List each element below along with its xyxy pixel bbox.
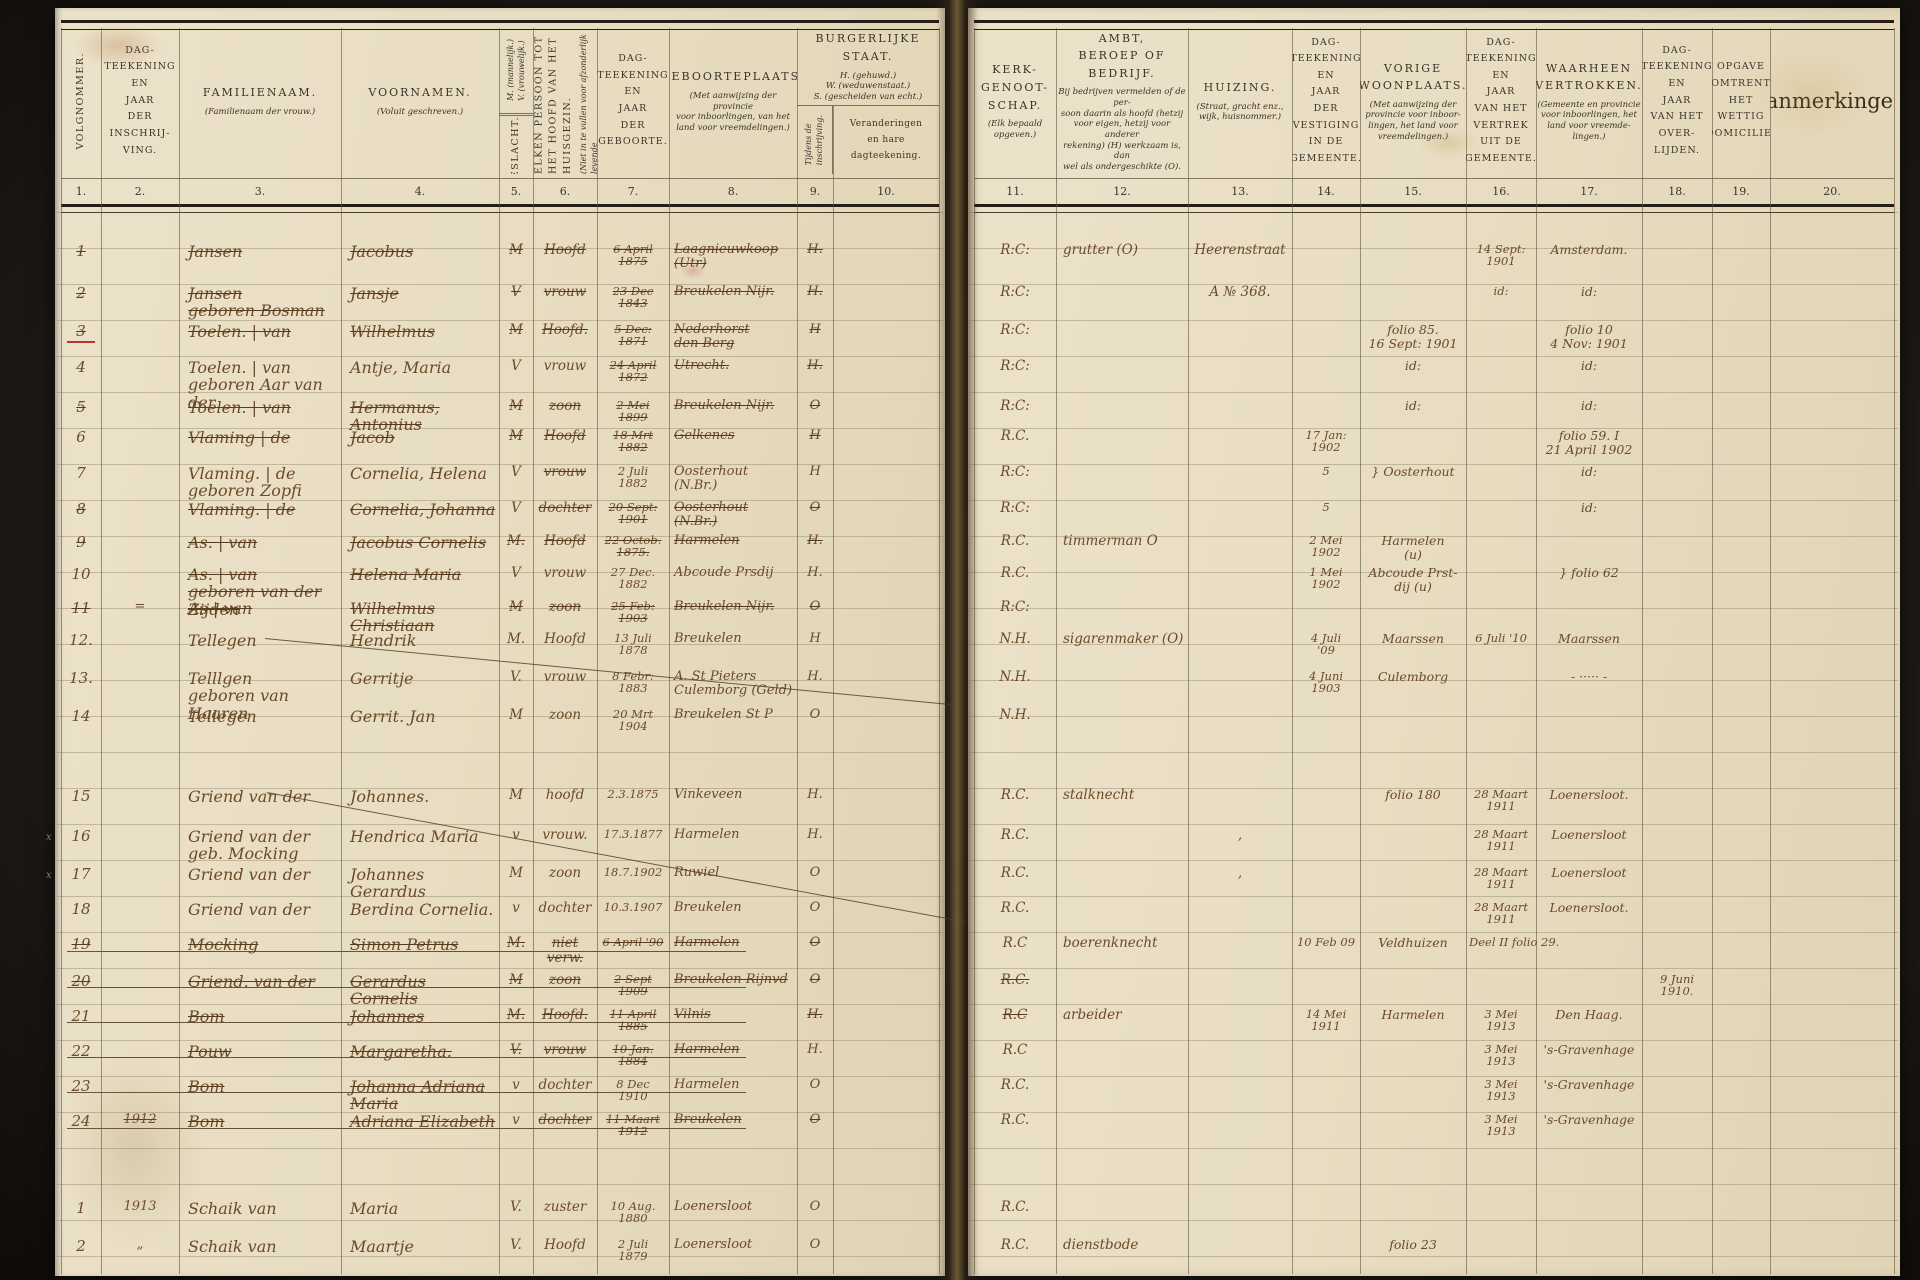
cell-c3: Tellegen <box>179 631 341 669</box>
cell-c16: 28 Maart 1911 <box>1466 900 1536 935</box>
handwritten-entry: H. <box>807 669 822 684</box>
cell-c4: Maria <box>341 1199 499 1237</box>
cell-c2 <box>101 322 179 358</box>
cell-c13 <box>1188 212 1292 242</box>
cell-c6: vrouw <box>533 358 597 398</box>
handwritten-entry: 10 Aug. 1880 <box>610 1199 655 1225</box>
cell-c7 <box>597 747 669 787</box>
cell-c16: 28 Maart 1911 <box>1466 787 1536 827</box>
cell-c16: 28 Maart 1911 <box>1466 827 1536 865</box>
cell-c11 <box>974 747 1056 787</box>
cell-c13 <box>1188 1199 1292 1237</box>
cell-c16 <box>1466 428 1536 464</box>
cell-c20 <box>1770 500 1894 533</box>
handwritten-entry: 5 Dec: 1871 <box>614 322 651 348</box>
cell-c19 <box>1712 398 1770 428</box>
cell-c17: Den Haag. <box>1536 1007 1642 1042</box>
cell-c2 <box>101 358 179 398</box>
handwritten-entry: id: <box>1405 358 1421 373</box>
handwritten-entry: vrouw <box>544 358 586 374</box>
header-cell: VORIGE WOONPLAATS.(Met aanwijzing der pr… <box>1360 28 1466 174</box>
header-title: HUIZING. <box>1204 79 1277 97</box>
cell-c8: Laagnieuwkoop (Utr) <box>669 242 797 284</box>
cell-c16: Deel II folio 29. <box>1466 935 1536 972</box>
header-title: Opgave omtrent het wettig domicilie. <box>1712 59 1770 142</box>
handwritten-entry: Maartje <box>350 1237 414 1256</box>
header-title: Dag- teekening en Jaar der vestiging in … <box>1292 35 1360 168</box>
cell-c17: 's-Gravenhage <box>1536 1042 1642 1077</box>
handwritten-entry: V <box>511 464 521 480</box>
cell-c17: id: <box>1536 398 1642 428</box>
handwritten-entry: 2 Mei 1899 <box>616 398 649 424</box>
cell-c5: M <box>499 398 533 428</box>
cell-c12 <box>1056 1042 1188 1077</box>
cell-c4: Johannes. <box>341 787 499 827</box>
cell-c4: Adriana Elizabeth <box>341 1112 499 1149</box>
register-row: R:C:5id: <box>974 500 1894 533</box>
cell-c13 <box>1188 1007 1292 1042</box>
cell-c11: R.C. <box>974 1077 1056 1112</box>
register-row: R:C:id:id: <box>974 358 1894 398</box>
handwritten-entry: zoon <box>549 865 581 881</box>
right-page: KERK- GENOOT- SCHAP.(Elk bepaald opgeven… <box>968 8 1900 1276</box>
handwritten-entry: Deel II folio 29. <box>1469 935 1559 949</box>
cell-c16 <box>1466 972 1536 1007</box>
cell-c5: M <box>499 865 533 900</box>
column-number: 14. <box>1292 179 1360 205</box>
handwritten-entry: Wilhelmus <box>350 322 435 341</box>
cell-c14 <box>1292 599 1360 631</box>
cell-c19 <box>1712 707 1770 747</box>
handwritten-entry: Abcoude Prsdij <box>674 565 773 580</box>
column-divider <box>341 28 342 1274</box>
register-spread: Volgnommer.Dag- teekening en Jaar der In… <box>0 0 1920 1280</box>
handwritten-entry: 4 <box>76 358 86 376</box>
handwritten-entry: 1 Mei 1902 <box>1309 565 1342 591</box>
cell-c10 <box>833 284 939 322</box>
header-title: Dag- teekening en Jaar van het vertrek u… <box>1466 35 1536 168</box>
handwritten-entry: R.C <box>1003 1007 1028 1023</box>
cell-c9: O <box>797 972 833 1007</box>
handwritten-entry: 8 <box>76 500 86 518</box>
cell-c8: Ruwiel <box>669 865 797 900</box>
handwritten-entry: Helena Maria <box>350 565 461 584</box>
cell-c2 <box>101 500 179 533</box>
cell-c5: V <box>499 565 533 599</box>
cell-c7: 2 Juli 1879 <box>597 1237 669 1273</box>
cell-c9: O <box>797 935 833 972</box>
handwritten-entry: V <box>511 565 521 581</box>
cell-c16: 3 Mei 1913 <box>1466 1112 1536 1149</box>
cell-c2 <box>101 827 179 865</box>
handwritten-entry: 4 Juli '09 <box>1311 631 1341 657</box>
cell-c9: H. <box>797 827 833 865</box>
register-row: R.C.,28 Maart 1911Loenersloot <box>974 827 1894 865</box>
cell-c11: R.C. <box>974 972 1056 1007</box>
cell-c3: Schaik van <box>179 1237 341 1273</box>
handwritten-entry: v <box>512 1112 520 1128</box>
cell-c14 <box>1292 1199 1360 1237</box>
handwritten-entry: Simon Petrus <box>350 935 458 954</box>
cell-c14: 5 <box>1292 464 1360 500</box>
cell-c20 <box>1770 428 1894 464</box>
handwritten-entry: Griend van der <box>188 787 310 806</box>
handwritten-entry: 11 Maart 1912 <box>606 1112 660 1138</box>
cell-c10 <box>833 935 939 972</box>
column-number: 8. <box>669 179 797 205</box>
cell-c3: Vlaming. | de geboren Zopfi <box>179 464 341 500</box>
handwritten-entry: H <box>809 428 820 443</box>
cell-c11: R:C: <box>974 242 1056 284</box>
header-subtitle: (Familienaam der vrouw.) <box>205 107 315 118</box>
cell-c1: 23 <box>61 1077 101 1112</box>
handwritten-entry: Gerrit. Jan <box>350 707 436 726</box>
handwritten-entry: As | van <box>188 599 252 618</box>
cell-c9: O <box>797 1199 833 1237</box>
header-cell: AMBT, BEROEP OF BEDRIJF.Bij bedrijven ve… <box>1056 28 1188 174</box>
cell-c15 <box>1360 707 1466 747</box>
cell-c16 <box>1466 599 1536 631</box>
handwritten-entry: O <box>810 1237 821 1252</box>
cell-c12: boerenknecht <box>1056 935 1188 972</box>
handwritten-entry: 3 Mei 1913 <box>1484 1112 1517 1138</box>
handwritten-entry: V. <box>510 1199 522 1215</box>
handwritten-entry: sigarenmaker (O) <box>1063 631 1183 647</box>
cell-c12 <box>1056 865 1188 900</box>
cell-c13: , <box>1188 827 1292 865</box>
cell-c18 <box>1642 1199 1712 1237</box>
cell-c4: Jansje <box>341 284 499 322</box>
cell-c5: v <box>499 1077 533 1112</box>
header-cell: WAARHEEN VERTROKKEN.(Gemeente en provinc… <box>1536 28 1642 174</box>
cell-c15 <box>1360 827 1466 865</box>
cell-c16: 3 Mei 1913 <box>1466 1007 1536 1042</box>
cell-c8: Vilnis <box>669 1007 797 1042</box>
handwritten-entry: Vinkeveen <box>674 787 742 802</box>
cell-c10 <box>833 565 939 599</box>
handwritten-entry: R:C: <box>1000 284 1030 300</box>
register-row: 15Griend van derJohannes.Mhoofd2.3.1875V… <box>61 787 939 827</box>
cell-c13: A № 368. <box>1188 284 1292 322</box>
register-row: 23BomJohanna Adriana Mariavdochter8 Dec … <box>61 1077 939 1112</box>
handwritten-entry: 13. <box>69 669 93 687</box>
handwritten-entry: Utrecht. <box>674 358 729 373</box>
cell-c9: O <box>797 1112 833 1149</box>
cell-c13 <box>1188 1077 1292 1112</box>
column-divider <box>101 28 102 1274</box>
cell-c1: 21 <box>61 1007 101 1042</box>
cell-c1: 5 <box>61 398 101 428</box>
cell-c6: dochter <box>533 900 597 935</box>
handwritten-entry: Harmelen <box>674 533 740 548</box>
handwritten-entry: Johannes Gerardus <box>350 865 426 901</box>
subcolumn: Veranderingen en hare dagteekening. <box>833 106 939 174</box>
cell-c15 <box>1360 599 1466 631</box>
cell-c18 <box>1642 1007 1712 1042</box>
header-cell: M. (mannelijk.) V. (vrouwelijk.)Geslacht… <box>499 28 533 174</box>
cell-c8: Loenersloot <box>669 1199 797 1237</box>
handwritten-entry: 8 Febr: 1883 <box>612 669 654 695</box>
cell-c20 <box>1770 1077 1894 1112</box>
cell-c2 <box>101 242 179 284</box>
handwritten-entry: vrouw <box>544 284 586 300</box>
cell-c11: R:C: <box>974 322 1056 358</box>
handwritten-entry: Loenersloot <box>1551 827 1626 842</box>
handwritten-entry: dochter <box>539 1077 592 1093</box>
handwritten-entry: 5 <box>76 398 86 416</box>
column-divider <box>797 28 798 1274</box>
handwritten-entry: Amsterdam. <box>1551 242 1628 257</box>
header-title: KERK- GENOOT- SCHAP. <box>981 61 1049 114</box>
sex-codes-text: M. (mannelijk.) V. (vrouwelijk.) <box>505 39 527 101</box>
cell-c1: 20 <box>61 972 101 1007</box>
handwritten-entry: Loenersloot <box>674 1199 752 1214</box>
cell-c20 <box>1770 398 1894 428</box>
handwritten-entry: Mocking <box>188 935 258 954</box>
cell-c17 <box>1536 212 1642 242</box>
cell-c18 <box>1642 242 1712 284</box>
cell-c11: R:C: <box>974 500 1056 533</box>
margin-mark: x <box>46 832 52 843</box>
cell-c17: - ····· - <box>1536 669 1642 707</box>
cell-c4: Maartje <box>341 1237 499 1273</box>
column-number: 16. <box>1466 179 1536 205</box>
cell-c8: Breukelen Nijr. <box>669 398 797 428</box>
cell-c17: Loenersloot <box>1536 865 1642 900</box>
handwritten-entry: 6 April 1875 <box>613 242 653 268</box>
cell-c5: V <box>499 464 533 500</box>
cell-c12 <box>1056 669 1188 707</box>
cell-c9: H. <box>797 669 833 707</box>
cell-c19 <box>1712 1199 1770 1237</box>
handwritten-entry: V. <box>510 669 522 685</box>
cell-c4: Hendrik <box>341 631 499 669</box>
register-row: 22PouwMargaretha.V.vrouw10 Jan. 1884Harm… <box>61 1042 939 1077</box>
handwritten-entry: R:C: <box>1000 322 1030 338</box>
cell-c5: M. <box>499 935 533 972</box>
handwritten-entry: A № 368. <box>1209 284 1270 300</box>
cell-c20 <box>1770 533 1894 565</box>
cell-c15 <box>1360 865 1466 900</box>
vertical-header: Volgnommer. <box>74 28 88 174</box>
cell-c5: M <box>499 707 533 747</box>
cell-c18 <box>1642 1237 1712 1273</box>
cell-c15: } Oosterhout <box>1360 464 1466 500</box>
register-row: x16Griend van der geb. MockingHendrica M… <box>61 827 939 865</box>
cell-c16 <box>1466 533 1536 565</box>
handwritten-entry: 1913 <box>123 1199 156 1214</box>
cell-c8: Harmelen <box>669 1077 797 1112</box>
cell-c3: Toelen. | van <box>179 322 341 358</box>
handwritten-entry: O <box>810 972 821 987</box>
cell-c18 <box>1642 533 1712 565</box>
cell-c20 <box>1770 464 1894 500</box>
cell-c20 <box>1770 1007 1894 1042</box>
column-divider <box>1712 28 1713 1274</box>
cell-c9: H <box>797 428 833 464</box>
cell-c8: Breukelen St P <box>669 707 797 747</box>
handwritten-entry: Nederhorst den Berg <box>674 322 750 351</box>
cell-c16: 28 Maart 1911 <box>1466 865 1536 900</box>
handwritten-entry: Cornelia, Helena <box>350 464 487 483</box>
subcolumn: Tijdens de inschrijving. <box>797 106 833 174</box>
handwritten-entry: folio 10 4 Nov: 1901 <box>1550 322 1627 351</box>
handwritten-entry: 12. <box>69 631 93 649</box>
register-row: 9As. | vanJacobus CornelisM.Hoofd22 Octo… <box>61 533 939 565</box>
cell-c4: Simon Petrus <box>341 935 499 972</box>
handwritten-entry: Vlaming. | de <box>188 500 295 519</box>
cell-c7: 18 Mrt 1882 <box>597 428 669 464</box>
register-row: R:C:A № 368.id:id: <box>974 284 1894 322</box>
header-subtitle: (Voluit geschreven.) <box>377 107 463 118</box>
right-header: KERK- GENOOT- SCHAP.(Elk bepaald opgeven… <box>974 28 1894 174</box>
cell-c8: Harmelen <box>669 533 797 565</box>
cell-c8: Vinkeveen <box>669 787 797 827</box>
cell-c19 <box>1712 1149 1770 1199</box>
cell-c5: V. <box>499 1237 533 1273</box>
handwritten-entry: stalknecht <box>1063 787 1134 803</box>
cell-c14 <box>1292 358 1360 398</box>
cell-c2 <box>101 212 179 242</box>
cell-c12 <box>1056 398 1188 428</box>
cell-c4: Jacobus <box>341 242 499 284</box>
cell-c3: Griend van der <box>179 865 341 900</box>
handwritten-entry: Toelen. | van <box>188 322 291 341</box>
handwritten-entry: O <box>810 900 821 915</box>
cell-c7: 22 Octob. 1875. <box>597 533 669 565</box>
handwritten-entry: „ <box>137 1237 144 1252</box>
cell-c12 <box>1056 1112 1188 1149</box>
column-number: 6. <box>533 179 597 205</box>
cell-c16: 6 Juli '10 <box>1466 631 1536 669</box>
handwritten-entry: Adriana Elizabeth <box>350 1112 495 1131</box>
cell-c9: H <box>797 464 833 500</box>
cell-c17: id: <box>1536 500 1642 533</box>
cell-c17 <box>1536 599 1642 631</box>
cell-c19 <box>1712 972 1770 1007</box>
column-divider <box>1188 28 1189 1274</box>
cell-c7: 25 Feb: 1903 <box>597 599 669 631</box>
handwritten-entry: Breukelen <box>674 631 742 646</box>
handwritten-entry: 14 <box>71 707 90 725</box>
handwritten-entry: A. St Pieters Culemborg (Geld) <box>674 669 792 698</box>
cell-c7 <box>597 212 669 242</box>
cell-c15 <box>1360 284 1466 322</box>
cell-c13 <box>1188 322 1292 358</box>
cell-c15 <box>1360 428 1466 464</box>
handwritten-entry: R.C <box>1003 1042 1028 1058</box>
handwritten-entry: vrouw <box>544 565 586 581</box>
cell-c13 <box>1188 747 1292 787</box>
cell-c8: Oosterhout (N.Br.) <box>669 464 797 500</box>
cell-c8: Breukelen Nijr. <box>669 284 797 322</box>
cell-c10 <box>833 1112 939 1149</box>
cell-c19 <box>1712 747 1770 787</box>
cell-c10 <box>833 631 939 669</box>
cell-c6 <box>533 212 597 242</box>
handwritten-entry: Harmelen <box>674 935 740 950</box>
cell-c19 <box>1712 565 1770 599</box>
column-number: 9. <box>797 179 833 205</box>
cell-c19 <box>1712 935 1770 972</box>
handwritten-entry: Jacobus Cornelis <box>350 533 486 552</box>
cell-c19 <box>1712 284 1770 322</box>
cell-c3: As | van <box>179 599 341 631</box>
column-divider <box>1770 28 1771 1274</box>
handwritten-entry: Schaik van <box>188 1237 277 1256</box>
cell-c9: H <box>797 322 833 358</box>
cell-c11 <box>974 1149 1056 1199</box>
handwritten-entry: Breukelen Nijr. <box>674 398 774 413</box>
cell-c13 <box>1188 1112 1292 1149</box>
cell-c1: 6 <box>61 428 101 464</box>
cell-c18 <box>1642 827 1712 865</box>
handwritten-entry: Culemborg <box>1378 669 1448 684</box>
column-number: 3. <box>179 179 341 205</box>
handwritten-entry: Ruwiel <box>674 865 719 880</box>
handwritten-entry: Griend van der <box>188 900 310 919</box>
handwritten-entry: 28 Maart 1911 <box>1474 900 1528 926</box>
cell-c11: R:C: <box>974 284 1056 322</box>
cell-c1: 2 <box>61 284 101 322</box>
cell-c15 <box>1360 1199 1466 1237</box>
register-row: R.C.3 Mei 1913's-Gravenhage <box>974 1077 1894 1112</box>
handwritten-entry: 9 Juni 1910. <box>1660 972 1694 998</box>
cell-c4: Cornelia, Helena <box>341 464 499 500</box>
handwritten-entry: Veldhuizen <box>1378 935 1447 950</box>
cell-c2: „ <box>101 1237 179 1273</box>
cell-c14 <box>1292 398 1360 428</box>
spacer-row <box>61 1149 939 1199</box>
cell-c1 <box>61 212 101 242</box>
cell-c6: zuster <box>533 1199 597 1237</box>
handwritten-entry: H <box>809 631 820 646</box>
handwritten-entry: 14 Mei 1911 <box>1306 1007 1347 1033</box>
left-column-numbers: 1.2.3.4.5.6.7.8.9.10. <box>61 178 939 205</box>
handwritten-entry: Maria <box>350 1199 398 1218</box>
handwritten-entry: R.C. <box>1001 827 1030 843</box>
cell-c11: R.C <box>974 935 1056 972</box>
cell-c17 <box>1536 1237 1642 1273</box>
cell-c1: 16 <box>61 827 101 865</box>
cell-c11: R.C. <box>974 565 1056 599</box>
handwritten-entry: R.C. <box>1001 565 1030 581</box>
cell-c7: 18.7.1902 <box>597 865 669 900</box>
cell-c14: 5 <box>1292 500 1360 533</box>
header-cell: GEBOORTEPLAATS.(Met aanwijzing der provi… <box>669 28 797 174</box>
cell-c19 <box>1712 1077 1770 1112</box>
cell-c12 <box>1056 599 1188 631</box>
handwritten-entry: H. <box>807 358 822 373</box>
cell-c18: 9 Juni 1910. <box>1642 972 1712 1007</box>
handwritten-entry: Breukelen Rijnvd <box>674 972 788 987</box>
handwritten-entry: M <box>509 599 523 615</box>
cell-c5: M <box>499 428 533 464</box>
cell-c12 <box>1056 212 1188 242</box>
cell-c5: M <box>499 242 533 284</box>
column-divider <box>499 28 500 1274</box>
cell-c1: 18 <box>61 900 101 935</box>
handwritten-entry: M <box>509 428 523 444</box>
cell-c9: O <box>797 1077 833 1112</box>
cell-c4: Helena Maria <box>341 565 499 599</box>
handwritten-entry: 28 Maart 1911 <box>1474 865 1528 891</box>
handwritten-entry: zoon <box>549 599 581 615</box>
left-table-body: 1JansenJacobusMHoofd6 April 1875Laagnieu… <box>61 212 939 1273</box>
handwritten-entry: R.C. <box>1001 1237 1030 1253</box>
register-row: R:C:folio 85. 16 Sept: 1901folio 10 4 No… <box>974 322 1894 358</box>
cell-c17 <box>1536 1149 1642 1199</box>
